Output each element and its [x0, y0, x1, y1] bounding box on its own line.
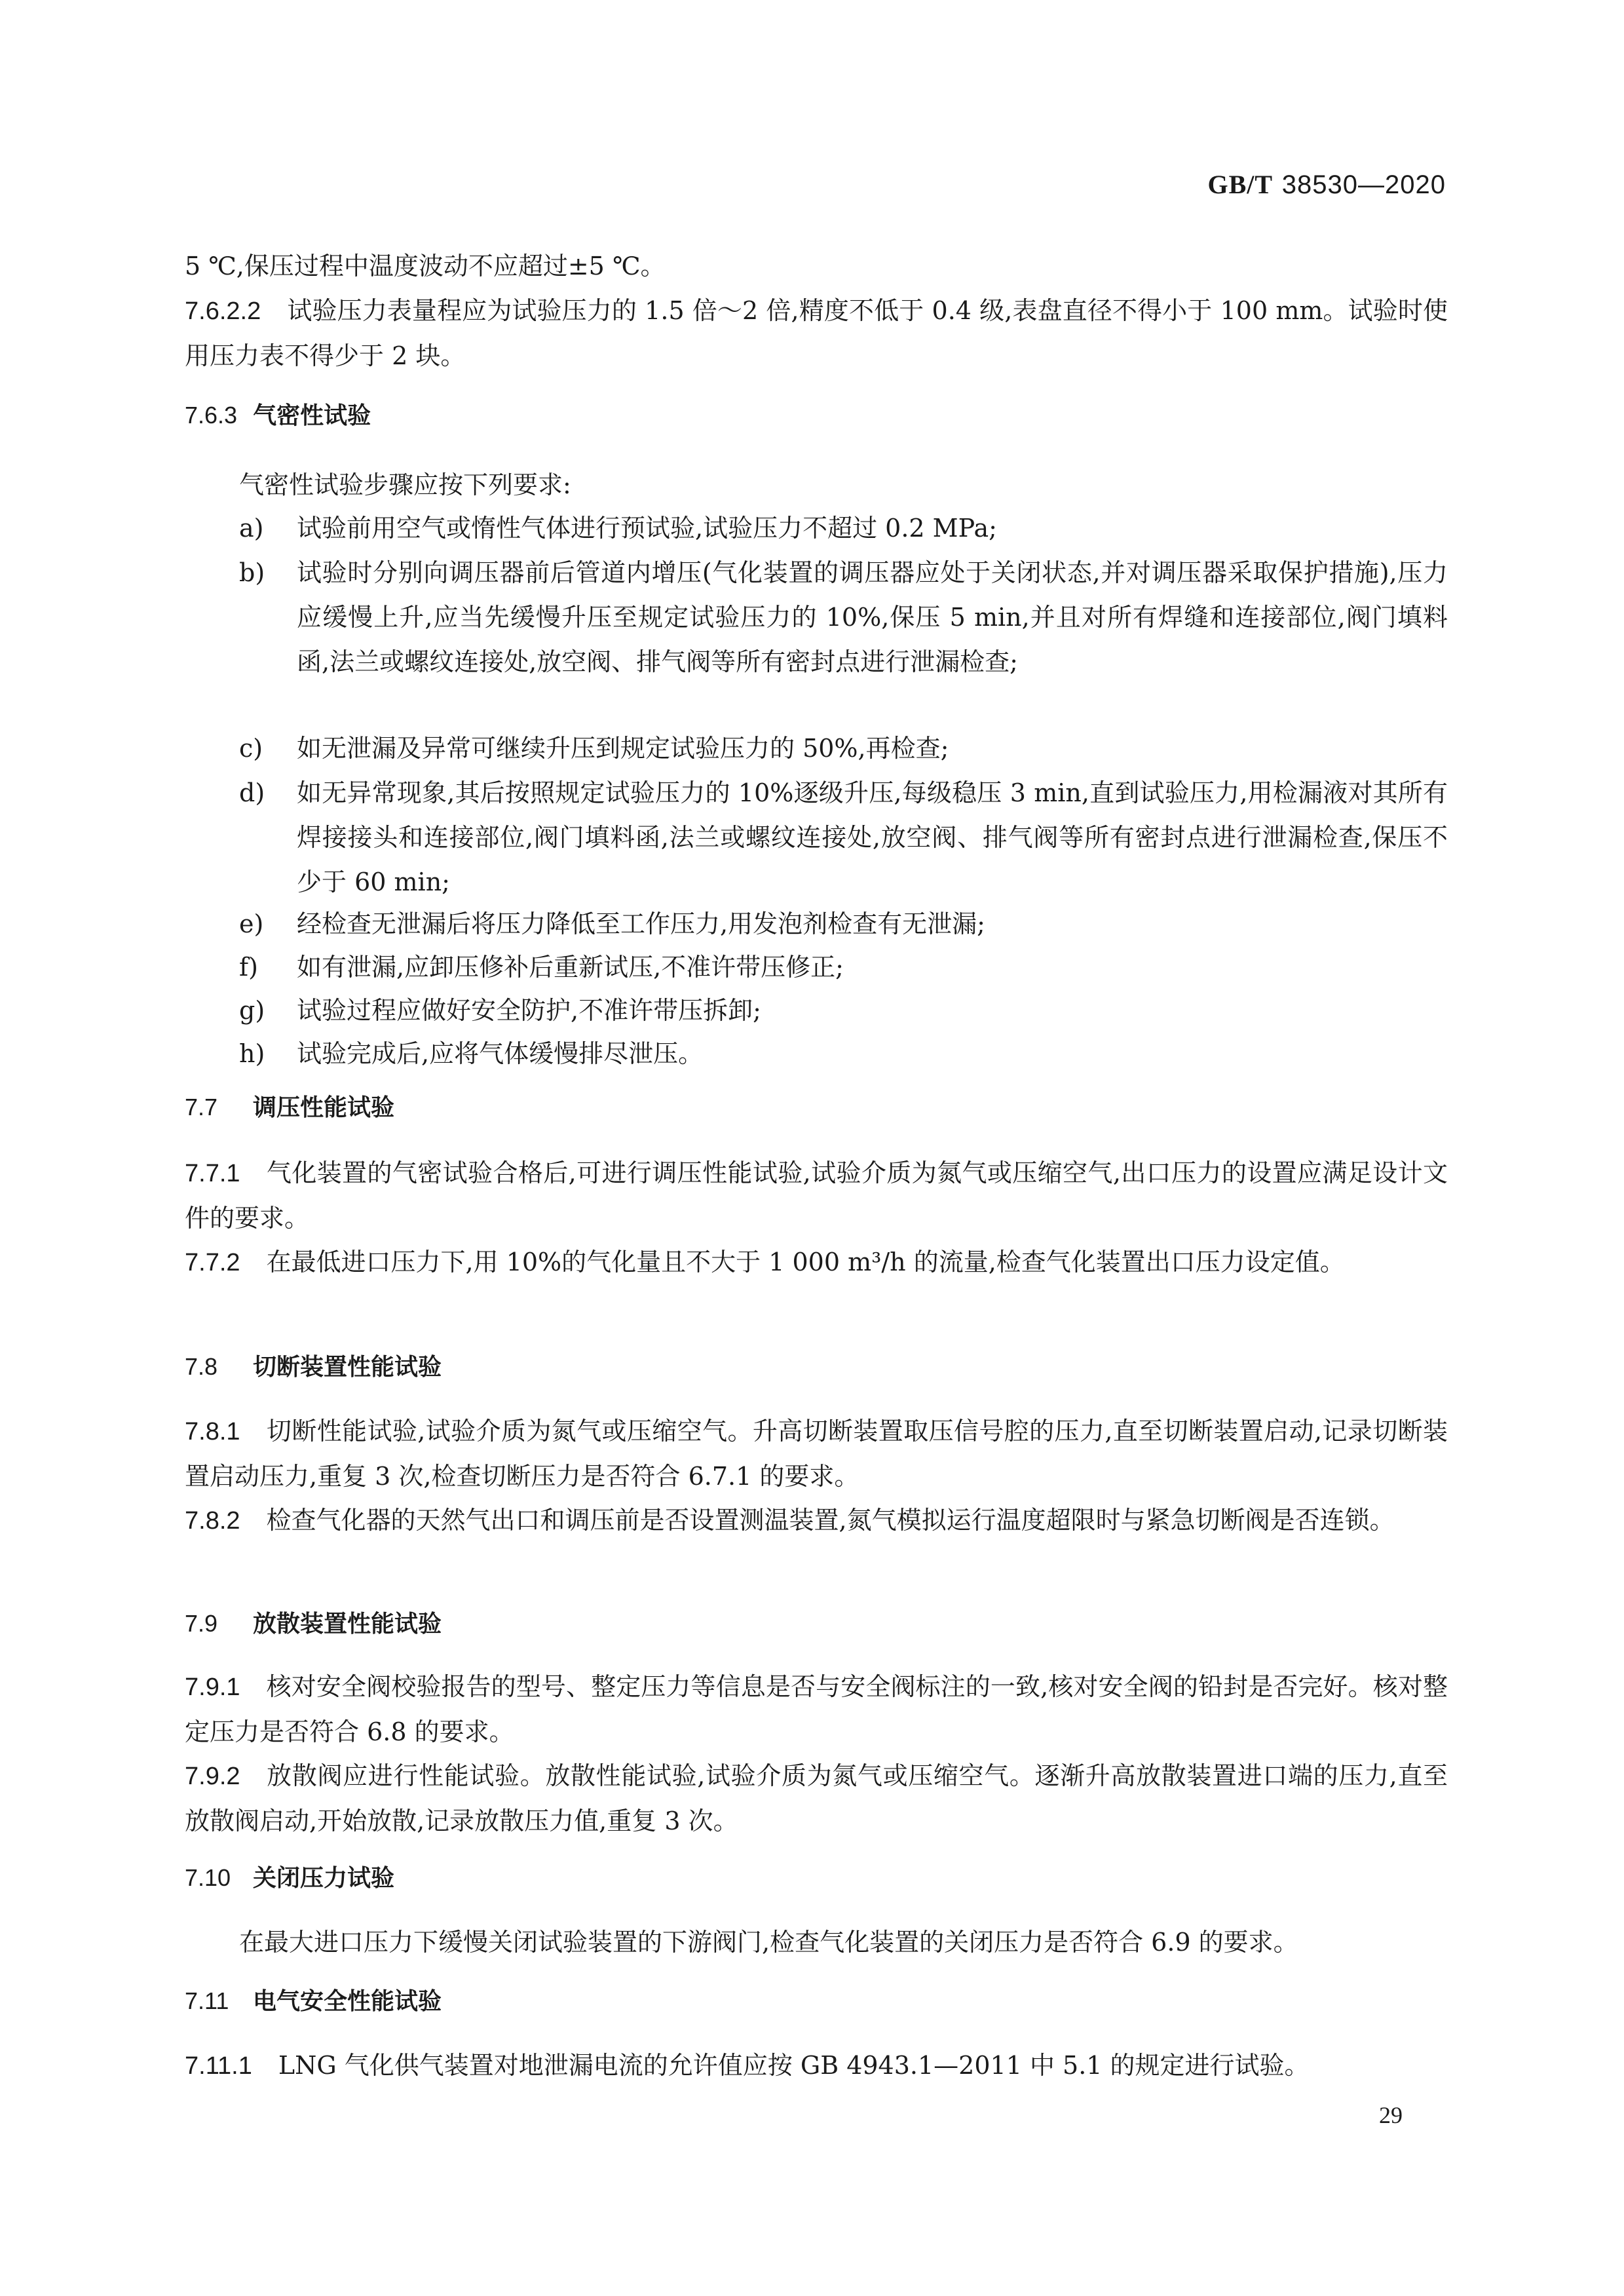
clause-7-9-1: 7.9.1核对安全阀校验报告的型号、整定压力等信息是否与安全阀标注的一致,核对安… [185, 1664, 1448, 1754]
list-item-f: f)如有泄漏,应卸压修补后重新试压,不准许带压修正; [239, 945, 1448, 989]
list-text: 试验前用空气或惰性气体进行预试验,试验压力不超过 0.2 MPa; [297, 506, 1448, 550]
clause-7-8-2: 7.8.2检查气化器的天然气出口和调压前是否设置测温装置,氮气模拟运行温度超限时… [185, 1498, 1448, 1543]
heading-number: 7.11 [185, 1983, 237, 2019]
continuation-paragraph: 5 ℃,保压过程中温度波动不应超过±5 ℃。 [185, 244, 1448, 288]
clause-number: 7.11.1 [185, 2052, 252, 2080]
clause-text: 检查气化器的天然气出口和调压前是否设置测温装置,氮气模拟运行温度超限时与紧急切断… [267, 1506, 1395, 1535]
clause-7-8-1: 7.8.1切断性能试验,试验介质为氮气或压缩空气。升高切断装置取压信号腔的压力,… [185, 1409, 1448, 1499]
heading-title: 放散装置性能试验 [253, 1611, 442, 1637]
list-marker: g) [239, 988, 285, 1033]
heading-7-10: 7.10关闭压力试验 [185, 1860, 394, 1897]
list-marker: h) [239, 1031, 285, 1076]
heading-7-6-3: 7.6.3气密性试验 [185, 397, 371, 434]
list-marker: c) [239, 726, 285, 771]
list-marker: a) [239, 506, 285, 550]
list-item-h: h)试验完成后,应将气体缓慢排尽泄压。 [239, 1031, 1448, 1076]
heading-number: 7.6.3 [185, 397, 237, 434]
list-text: 试验完成后,应将气体缓慢排尽泄压。 [297, 1031, 1448, 1076]
standard-number: 38530—2020 [1282, 170, 1446, 199]
list-text: 如无泄漏及异常可继续升压到规定试验压力的 50%,再检查; [297, 726, 1448, 771]
heading-title: 切断装置性能试验 [253, 1354, 442, 1381]
clause-number: 7.9.2 [185, 1763, 240, 1790]
clause-text: 试验压力表量程应为试验压力的 1.5 倍～2 倍,精度不低于 0.4 级,表盘直… [185, 296, 1448, 370]
heading-title: 关闭压力试验 [253, 1865, 394, 1892]
clause-number: 7.8.2 [185, 1507, 240, 1535]
clause-7-11-1: 7.11.1LNG 气化供气装置对地泄漏电流的允许值应按 GB 4943.1—2… [185, 2043, 1448, 2088]
clause-text: 核对安全阀校验报告的型号、整定压力等信息是否与安全阀标注的一致,核对安全阀的铅封… [185, 1672, 1448, 1746]
list-marker: d) [239, 771, 285, 815]
clause-number: 7.8.1 [185, 1418, 240, 1445]
list-item-c: c)如无泄漏及异常可继续升压到规定试验压力的 50%,再检查; [239, 726, 1448, 771]
standard-code: GB/T 38530—2020 [1207, 169, 1446, 200]
list-text: 经检查无泄漏后将压力降低至工作压力,用发泡剂检查有无泄漏; [297, 902, 1448, 946]
list-marker: e) [239, 902, 285, 946]
clause-7-9-2: 7.9.2放散阀应进行性能试验。放散性能试验,试验介质为氮气或压缩空气。逐渐升高… [185, 1753, 1448, 1843]
heading-number: 7.8 [185, 1349, 237, 1385]
list-item-b: b)试验时分别向调压器前后管道内增压(气化装置的调压器应处于关闭状态,并对调压器… [239, 550, 1448, 684]
list-text: 如无异常现象,其后按照规定试验压力的 10%逐级升压,每级稳压 3 min,直到… [297, 771, 1448, 904]
document-page: GB/T 38530—2020 5 ℃,保压过程中温度波动不应超过±5 ℃。 7… [0, 0, 1624, 2296]
heading-title: 调压性能试验 [253, 1094, 394, 1121]
clause-number: 7.9.1 [185, 1674, 240, 1701]
clause-text: 在最低进口压力下,用 10%的气化量且不大于 1 000 m³/h 的流量,检查… [267, 1248, 1345, 1276]
list-text: 试验时分别向调压器前后管道内增压(气化装置的调压器应处于关闭状态,并对调压器采取… [297, 550, 1448, 684]
list-text: 试验过程应做好安全防护,不准许带压拆卸; [297, 988, 1448, 1033]
heading-7-7: 7.7调压性能试验 [185, 1089, 394, 1126]
clause-text: 放散阀应进行性能试验。放散性能试验,试验介质为氮气或压缩空气。逐渐升高放散装置进… [185, 1761, 1448, 1835]
heading-title: 电气安全性能试验 [253, 1988, 442, 2015]
list-item-e: e)经检查无泄漏后将压力降低至工作压力,用发泡剂检查有无泄漏; [239, 902, 1448, 946]
clause-number: 7.7.1 [185, 1160, 240, 1187]
clause-number: 7.7.2 [185, 1249, 240, 1276]
clause-text: LNG 气化供气装置对地泄漏电流的允许值应按 GB 4943.1—2011 中 … [278, 2051, 1310, 2080]
clause-7-7-1: 7.7.1气化装置的气密试验合格后,可进行调压性能试验,试验介质为氮气或压缩空气… [185, 1151, 1448, 1240]
list-text: 如有泄漏,应卸压修补后重新试压,不准许带压修正; [297, 945, 1448, 989]
clause-number: 7.6.2.2 [185, 297, 261, 325]
heading-number: 7.9 [185, 1605, 237, 1642]
heading-number: 7.10 [185, 1860, 237, 1896]
paragraph-7-10: 在最大进口压力下缓慢关闭试验装置的下游阀门,检查气化装置的关闭压力是否符合 6.… [239, 1920, 1448, 1964]
page-number: 29 [1379, 2101, 1403, 2129]
list-marker: b) [239, 550, 285, 595]
standard-prefix: GB/T [1207, 170, 1273, 199]
clause-7-6-2-2: 7.6.2.2试验压力表量程应为试验压力的 1.5 倍～2 倍,精度不低于 0.… [185, 288, 1448, 378]
list-marker: f) [239, 945, 285, 989]
list-item-g: g)试验过程应做好安全防护,不准许带压拆卸; [239, 988, 1448, 1033]
clause-text: 气化装置的气密试验合格后,可进行调压性能试验,试验介质为氮气或压缩空气,出口压力… [185, 1158, 1448, 1233]
heading-7-11: 7.11电气安全性能试验 [185, 1983, 442, 2020]
heading-7-8: 7.8切断装置性能试验 [185, 1349, 442, 1386]
intro-paragraph: 气密性试验步骤应按下列要求: [239, 463, 1448, 507]
heading-7-9: 7.9放散装置性能试验 [185, 1605, 442, 1643]
list-item-a: a)试验前用空气或惰性气体进行预试验,试验压力不超过 0.2 MPa; [239, 506, 1448, 550]
clause-text: 切断性能试验,试验介质为氮气或压缩空气。升高切断装置取压信号腔的压力,直至切断装… [185, 1417, 1448, 1491]
clause-7-7-2: 7.7.2在最低进口压力下,用 10%的气化量且不大于 1 000 m³/h 的… [185, 1240, 1448, 1285]
list-item-d: d)如无异常现象,其后按照规定试验压力的 10%逐级升压,每级稳压 3 min,… [239, 771, 1448, 904]
heading-title: 气密性试验 [253, 402, 371, 429]
heading-number: 7.7 [185, 1089, 237, 1126]
